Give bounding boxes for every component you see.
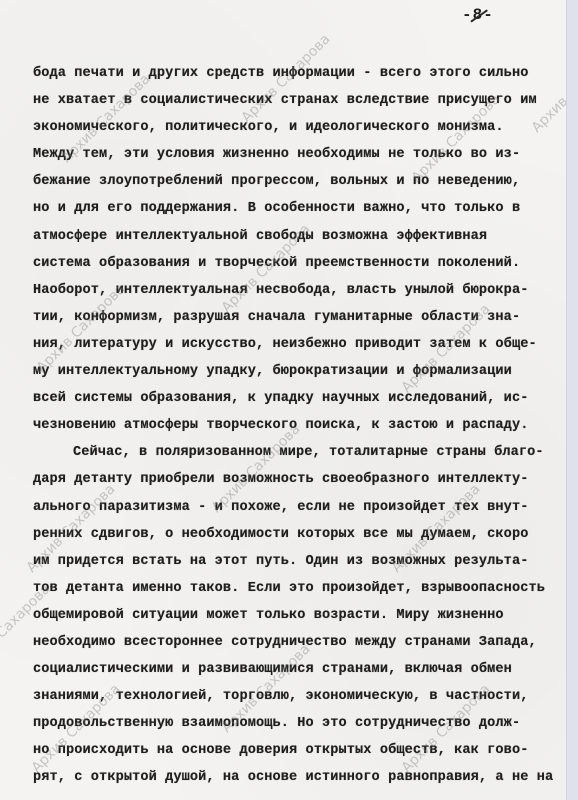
text-line: социалистическими и развивающимися стран… xyxy=(33,656,553,683)
page-edge xyxy=(566,0,578,800)
text-line: им придется встать на этот путь. Один из… xyxy=(33,548,553,575)
page-number: -8- xyxy=(462,6,494,24)
text-line: Сейчас, в поляризованном мире, тоталитар… xyxy=(33,439,553,466)
text-line: ального паразитизма - и похоже, если не … xyxy=(33,494,553,521)
text-line: атмосфере интеллектуальной свободы возмо… xyxy=(33,223,553,250)
text-line: тии, конформизм, разрушая сначала гумани… xyxy=(33,304,553,331)
text-line: но происходить на основе доверия открыты… xyxy=(33,737,553,764)
text-line: бода печати и других средств информации … xyxy=(33,60,553,87)
document-page: -8- бода печати и других средств информа… xyxy=(0,0,566,800)
crossed-out-page-number: 8 xyxy=(473,6,484,24)
text-line: не хватает в социалистических странах вс… xyxy=(33,87,553,114)
text-line: знаниями, технологией, торговлю, экономи… xyxy=(33,683,553,710)
text-line: бежание злоупотреблений прогрессом, воль… xyxy=(33,168,553,195)
text-line: система образования и творческой преемст… xyxy=(33,250,553,277)
text-line: му интеллектуальному упадку, бюрократиза… xyxy=(33,358,553,385)
text-line: рят, с открытой душой, на основе истинно… xyxy=(33,764,553,791)
text-line: но и для его поддержания. В особенности … xyxy=(33,195,553,222)
text-line: чезновению атмосферы творческого поиска,… xyxy=(33,412,553,439)
text-line: экономического, политического, и идеолог… xyxy=(33,114,553,141)
text-line: общемировой ситуации может только возрас… xyxy=(33,602,553,629)
text-line: тов детанта именно таков. Если это произ… xyxy=(33,575,553,602)
text-line: продовольственную взаимопомощь. Но это с… xyxy=(33,710,553,737)
text-line: всей системы образования, к упадку научн… xyxy=(33,385,553,412)
typewritten-text: бода печати и других средств информации … xyxy=(33,60,553,792)
text-line: ренних сдвигов, о необходимости которых … xyxy=(33,521,553,548)
text-line: Наоборот, интеллектуальная несвобода, вл… xyxy=(33,277,553,304)
text-line: необходимо всестороннее сотрудничество м… xyxy=(33,629,553,656)
text-line: даря детанту приобрели возможность своео… xyxy=(33,466,553,493)
text-line: ния, литературу и искусство, неизбежно п… xyxy=(33,331,553,358)
text-line: Между тем, эти условия жизненно необходи… xyxy=(33,141,553,168)
